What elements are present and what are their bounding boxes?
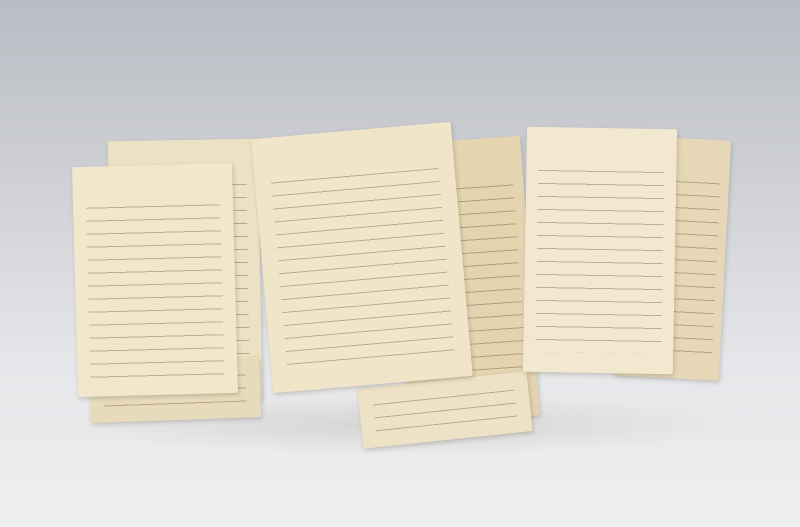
manuscript-sheet-right-front [523, 127, 677, 375]
manuscript-sheet-center-front [251, 122, 472, 393]
manuscript-sheet-left-front [72, 163, 238, 397]
